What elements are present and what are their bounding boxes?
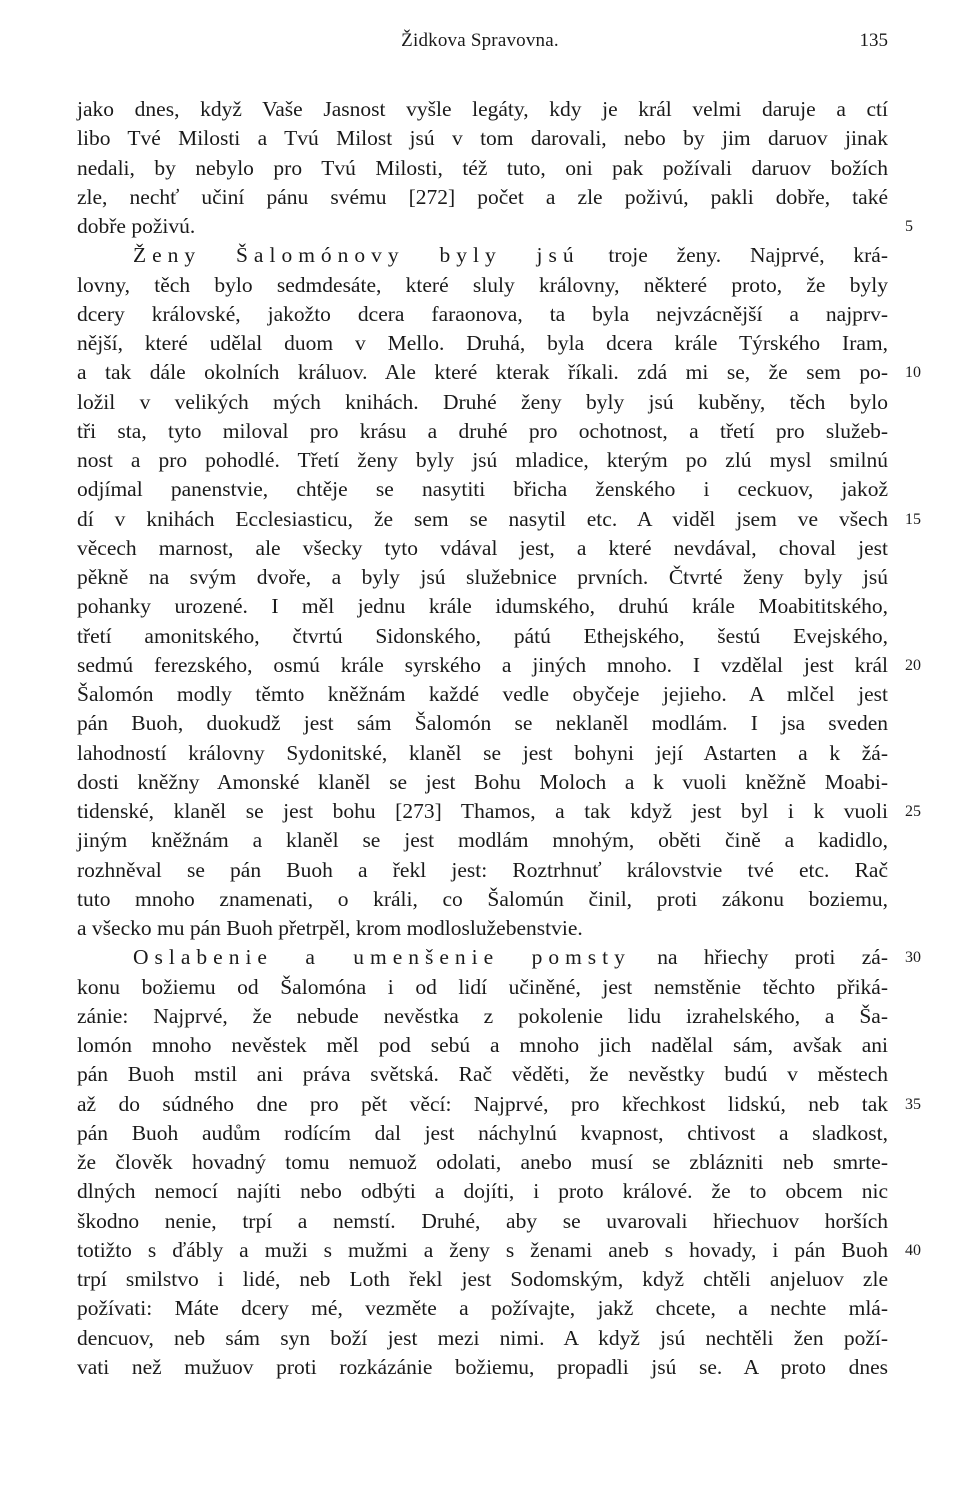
text-line: pán Buoh, duokudž jest sám Šalomón se ne… [77,709,888,738]
line-text: nější, které udělal duom v Mello. Druhá,… [77,329,888,358]
line-text: lomón mnoho nevěstek měl pod sebú a mnoh… [77,1031,888,1060]
line-text: tři sta, tyto miloval pro krásu a druhé … [77,417,888,446]
text-line: dosti kněžny Amonské klaněl se jest Bohu… [77,768,888,797]
line-text: nedali, by nebylo pro Tvú Milosti, též t… [77,154,888,183]
line-text: sedmú ferezského, osmú krále syrského a … [77,651,888,680]
line-number: 30 [905,943,935,972]
line-text: jiným kněžnám a klaněl se jest modlám mn… [77,826,888,855]
text-line: odjímal panenstvie, chtěje se nasytiti b… [77,475,888,504]
line-text: pohanky urozené. I měl jednu krále idums… [77,592,888,621]
line-text: libo Tvé Milosti a Tvú Milost jsú v tom … [77,124,888,153]
line-text: lovny, těch bylo sedmdesáte, které sluly… [77,271,888,300]
text-line: lahodností královny Sydonitské, klaněl s… [77,739,888,768]
line-text: jako dnes, když Vaše Jasnost vyšle legát… [77,95,888,124]
text-line: dí v knihách Ecclesiasticu, že sem se na… [77,505,888,534]
text-line: Ženy Šalomónovy byly jsú troje ženy. Naj… [77,241,888,270]
line-text: dencuov, neb sám syn boží jest mezi nimi… [77,1324,888,1353]
text-line: sedmú ferezského, osmú krále syrského a … [77,651,888,680]
text-line: a tak dále okolních králuov. Ale které k… [77,358,888,387]
text-line: vati než mužuov proti rozkázánie božiemu… [77,1353,888,1382]
text-line: pěkně na svým dvoře, a byly jsú služebni… [77,563,888,592]
line-text: odjímal panenstvie, chtěje se nasytiti b… [77,475,888,504]
line-text: nost a pro pohodlé. Třetí ženy byly jsú … [77,446,888,475]
line-text: lahodností královny Sydonitské, klaněl s… [77,739,888,768]
line-text: až do súdného dne pro pět věcí: Najprvé,… [77,1090,888,1119]
line-text: rozhněval se pán Buoh a řekl jest: Roztr… [77,856,888,885]
text-line: jako dnes, když Vaše Jasnost vyšle legát… [77,95,888,124]
text-line: tři sta, tyto miloval pro krásu a druhé … [77,417,888,446]
text-line: nedali, by nebylo pro Tvú Milosti, též t… [77,154,888,183]
line-text: pán Buoh, duokudž jest sám Šalomón se ne… [77,709,888,738]
text-line: lomón mnoho nevěstek měl pod sebú a mnoh… [77,1031,888,1060]
text-line: že člověk hovadný tomu nemuož odolati, a… [77,1148,888,1177]
line-number: 40 [905,1236,935,1265]
text-line: nější, které udělal duom v Mello. Druhá,… [77,329,888,358]
line-text: ložil v velikých mých knihách. Druhé žen… [77,388,888,417]
line-text: tuto mnoho znamenati, o králi, co Šalomú… [77,885,888,914]
line-text: Ženy Šalomónovy byly jsú troje ženy. Naj… [133,241,888,270]
text-line: tidenské, klaněl se jest bohu [273] Tham… [77,797,888,826]
text-line: dobře poživú.5 [77,212,888,241]
text-line: věcech marnost, ale všecky tyto vdával j… [77,534,888,563]
line-number: 35 [905,1090,935,1119]
line-number: 20 [905,651,935,680]
text-line: totižto s ďábly a muži s mužmi a ženy s … [77,1236,888,1265]
line-text: dobře poživú. [77,212,888,241]
line-number: 5 [905,212,935,241]
line-text: tidenské, klaněl se jest bohu [273] Tham… [77,797,888,826]
line-text: trpí smilstvo i lidé, neb Loth řekl jest… [77,1265,888,1294]
line-text: dcery královské, jakožto dcera faraonova… [77,300,888,329]
line-text: pán Buoh audům rodícím dal jest náchylnú… [77,1119,888,1148]
line-text: že člověk hovadný tomu nemuož odolati, a… [77,1148,888,1177]
line-text: pán Buoh mstil ani práva světská. Rač vě… [77,1060,888,1089]
spaced-heading: Oslabenie a umenšenie pomsty [133,945,631,969]
line-text: konu božiemu od Šalomóna i od lidí učině… [77,973,888,1002]
text-line: a všecko mu pán Buoh přetrpěl, krom modl… [77,914,888,943]
text-line: dencuov, neb sám syn boží jest mezi nimi… [77,1324,888,1353]
text-line: Oslabenie a umenšenie pomsty na hřiechy … [77,943,888,972]
text-line: pán Buoh audům rodícím dal jest náchylnú… [77,1119,888,1148]
text-line: dcery královské, jakožto dcera faraonova… [77,300,888,329]
line-rest: na hřiechy proti zá- [631,945,888,969]
line-number: 25 [905,797,935,826]
page-body: jako dnes, když Vaše Jasnost vyšle legát… [77,95,888,1382]
line-text: Šalomón modly těmto kněžnám každé vedle … [77,680,888,709]
text-line: Šalomón modly těmto kněžnám každé vedle … [77,680,888,709]
line-text: dlných nemocí najíti nebo odbýti a dojít… [77,1177,888,1206]
text-line: rozhněval se pán Buoh a řekl jest: Roztr… [77,856,888,885]
line-rest: troje ženy. Najprvé, krá- [580,243,888,267]
line-text: vati než mužuov proti rozkázánie božiemu… [77,1353,888,1382]
running-header: Židkova Spravovna. 135 [0,30,960,60]
line-number: 15 [905,505,935,534]
text-line: pán Buoh mstil ani práva světská. Rač vě… [77,1060,888,1089]
line-text: dosti kněžny Amonské klaněl se jest Bohu… [77,768,888,797]
text-line: třetí amonitského, čtvrtú Sidonského, pá… [77,622,888,651]
line-text: totižto s ďábly a muži s mužmi a ženy s … [77,1236,888,1265]
running-title: Židkova Spravovna. [0,30,960,52]
text-line: až do súdného dne pro pět věcí: Najprvé,… [77,1090,888,1119]
line-text: zle, nechť učiní pánu svému [272] počet … [77,183,888,212]
line-text: požívati: Máte dcery mé, vezměte a požív… [77,1294,888,1323]
line-text: zánie: Najprvé, že nebude nevěstka z pok… [77,1002,888,1031]
line-text: Oslabenie a umenšenie pomsty na hřiechy … [133,943,888,972]
page-number: 135 [848,30,888,52]
line-text: třetí amonitského, čtvrtú Sidonského, pá… [77,622,888,651]
text-line: libo Tvé Milosti a Tvú Milost jsú v tom … [77,124,888,153]
text-line: konu božiemu od Šalomóna i od lidí učině… [77,973,888,1002]
text-line: zle, nechť učiní pánu svému [272] počet … [77,183,888,212]
text-line: tuto mnoho znamenati, o králi, co Šalomú… [77,885,888,914]
line-text: škodno nenie, trpí a nemstí. Druhé, aby … [77,1207,888,1236]
line-text: dí v knihách Ecclesiasticu, že sem se na… [77,505,888,534]
text-line: nost a pro pohodlé. Třetí ženy byly jsú … [77,446,888,475]
text-line: pohanky urozené. I měl jednu krále idums… [77,592,888,621]
line-number: 10 [905,358,935,387]
text-line: jiným kněžnám a klaněl se jest modlám mn… [77,826,888,855]
text-line: trpí smilstvo i lidé, neb Loth řekl jest… [77,1265,888,1294]
line-text: věcech marnost, ale všecky tyto vdával j… [77,534,888,563]
text-line: dlných nemocí najíti nebo odbýti a dojít… [77,1177,888,1206]
text-line: ložil v velikých mých knihách. Druhé žen… [77,388,888,417]
line-text: a tak dále okolních králuov. Ale které k… [77,358,888,387]
text-line: lovny, těch bylo sedmdesáte, které sluly… [77,271,888,300]
text-line: škodno nenie, trpí a nemstí. Druhé, aby … [77,1207,888,1236]
line-text: pěkně na svým dvoře, a byly jsú služebni… [77,563,888,592]
text-line: požívati: Máte dcery mé, vezměte a požív… [77,1294,888,1323]
text-line: zánie: Najprvé, že nebude nevěstka z pok… [77,1002,888,1031]
spaced-heading: Ženy Šalomónovy byly jsú [133,243,580,267]
line-text: a všecko mu pán Buoh přetrpěl, krom modl… [77,914,888,943]
